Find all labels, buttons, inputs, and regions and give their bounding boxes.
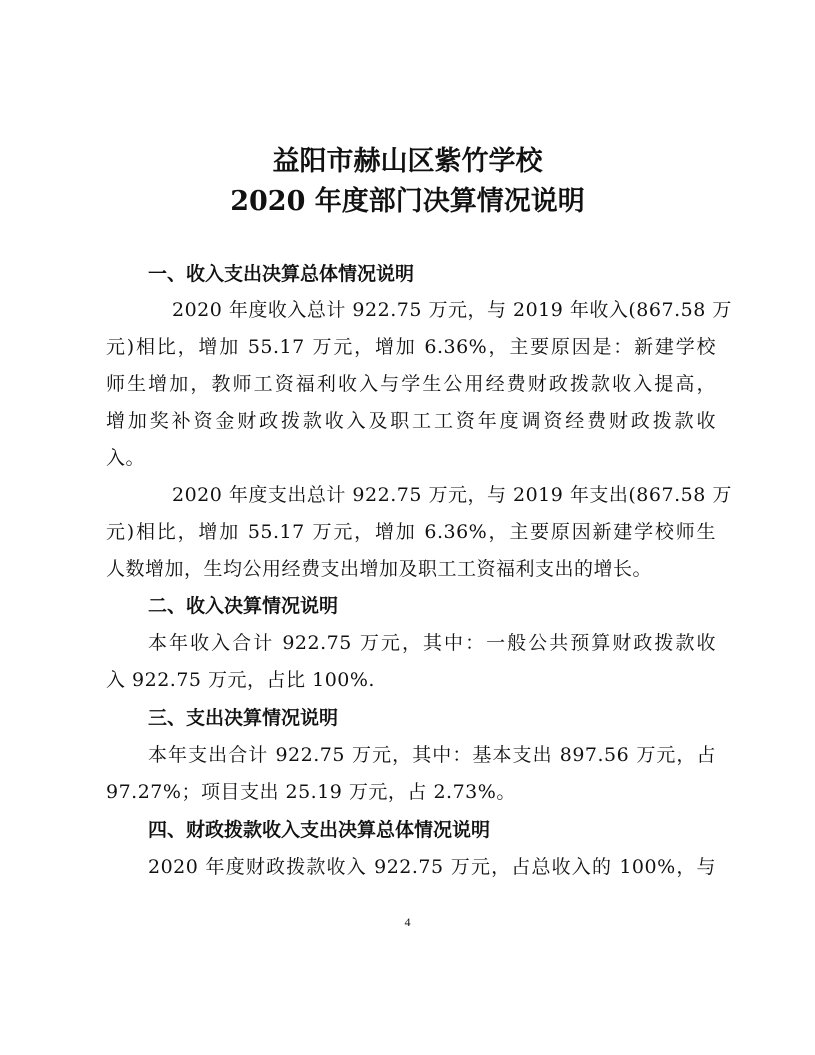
section-heading-3: 三、支出决算情况说明: [148, 706, 338, 730]
paragraph-line: 97.27%；项目支出 25.19 万元，占 2.73%。: [106, 780, 716, 804]
paragraph-line: 入 922.75 万元，占比 100%.: [106, 668, 716, 692]
section-heading-2: 二、收入决算情况说明: [148, 594, 338, 618]
document-title-line1: 益阳市赫山区紫竹学校: [0, 146, 815, 178]
section-heading-4: 四、财政拨款收入支出决算总体情况说明: [148, 818, 490, 842]
paragraph-line: 增加奖补资金财政拨款收入及职工工资年度调资经费财政拨款收: [106, 409, 716, 433]
paragraph-line: 本年收入合计 922.75 万元，其中：一般公共预算财政拨款收: [148, 631, 716, 655]
paragraph-line: 2020 年度收入总计 922.75 万元，与 2019 年收入(867.58 …: [172, 298, 716, 322]
paragraph-line: 本年支出合计 922.75 万元，其中：基本支出 897.56 万元，占: [148, 743, 716, 767]
document-title-line2: 2020 年度部门决算情况说明: [0, 186, 815, 218]
paragraph-line: 元)相比，增加 55.17 万元，增加 6.36%，主要原因是：新建学校: [106, 335, 716, 359]
page-number: 4: [0, 915, 815, 930]
paragraph-line: 2020 年度财政拨款收入 922.75 万元，占总收入的 100%，与: [148, 855, 716, 879]
paragraph-line: 师生增加，教师工资福利收入与学生公用经费财政拨款收入提高，: [106, 372, 716, 396]
section-heading-1: 一、收入支出决算总体情况说明: [148, 262, 414, 286]
paragraph-line: 人数增加，生均公用经费支出增加及职工工资福利支出的增长。: [106, 557, 716, 581]
paragraph-line: 入。: [106, 446, 716, 470]
paragraph-line: 2020 年度支出总计 922.75 万元，与 2019 年支出(867.58 …: [172, 483, 716, 507]
paragraph-line: 元)相比，增加 55.17 万元，增加 6.36%，主要原因新建学校师生: [106, 520, 716, 544]
